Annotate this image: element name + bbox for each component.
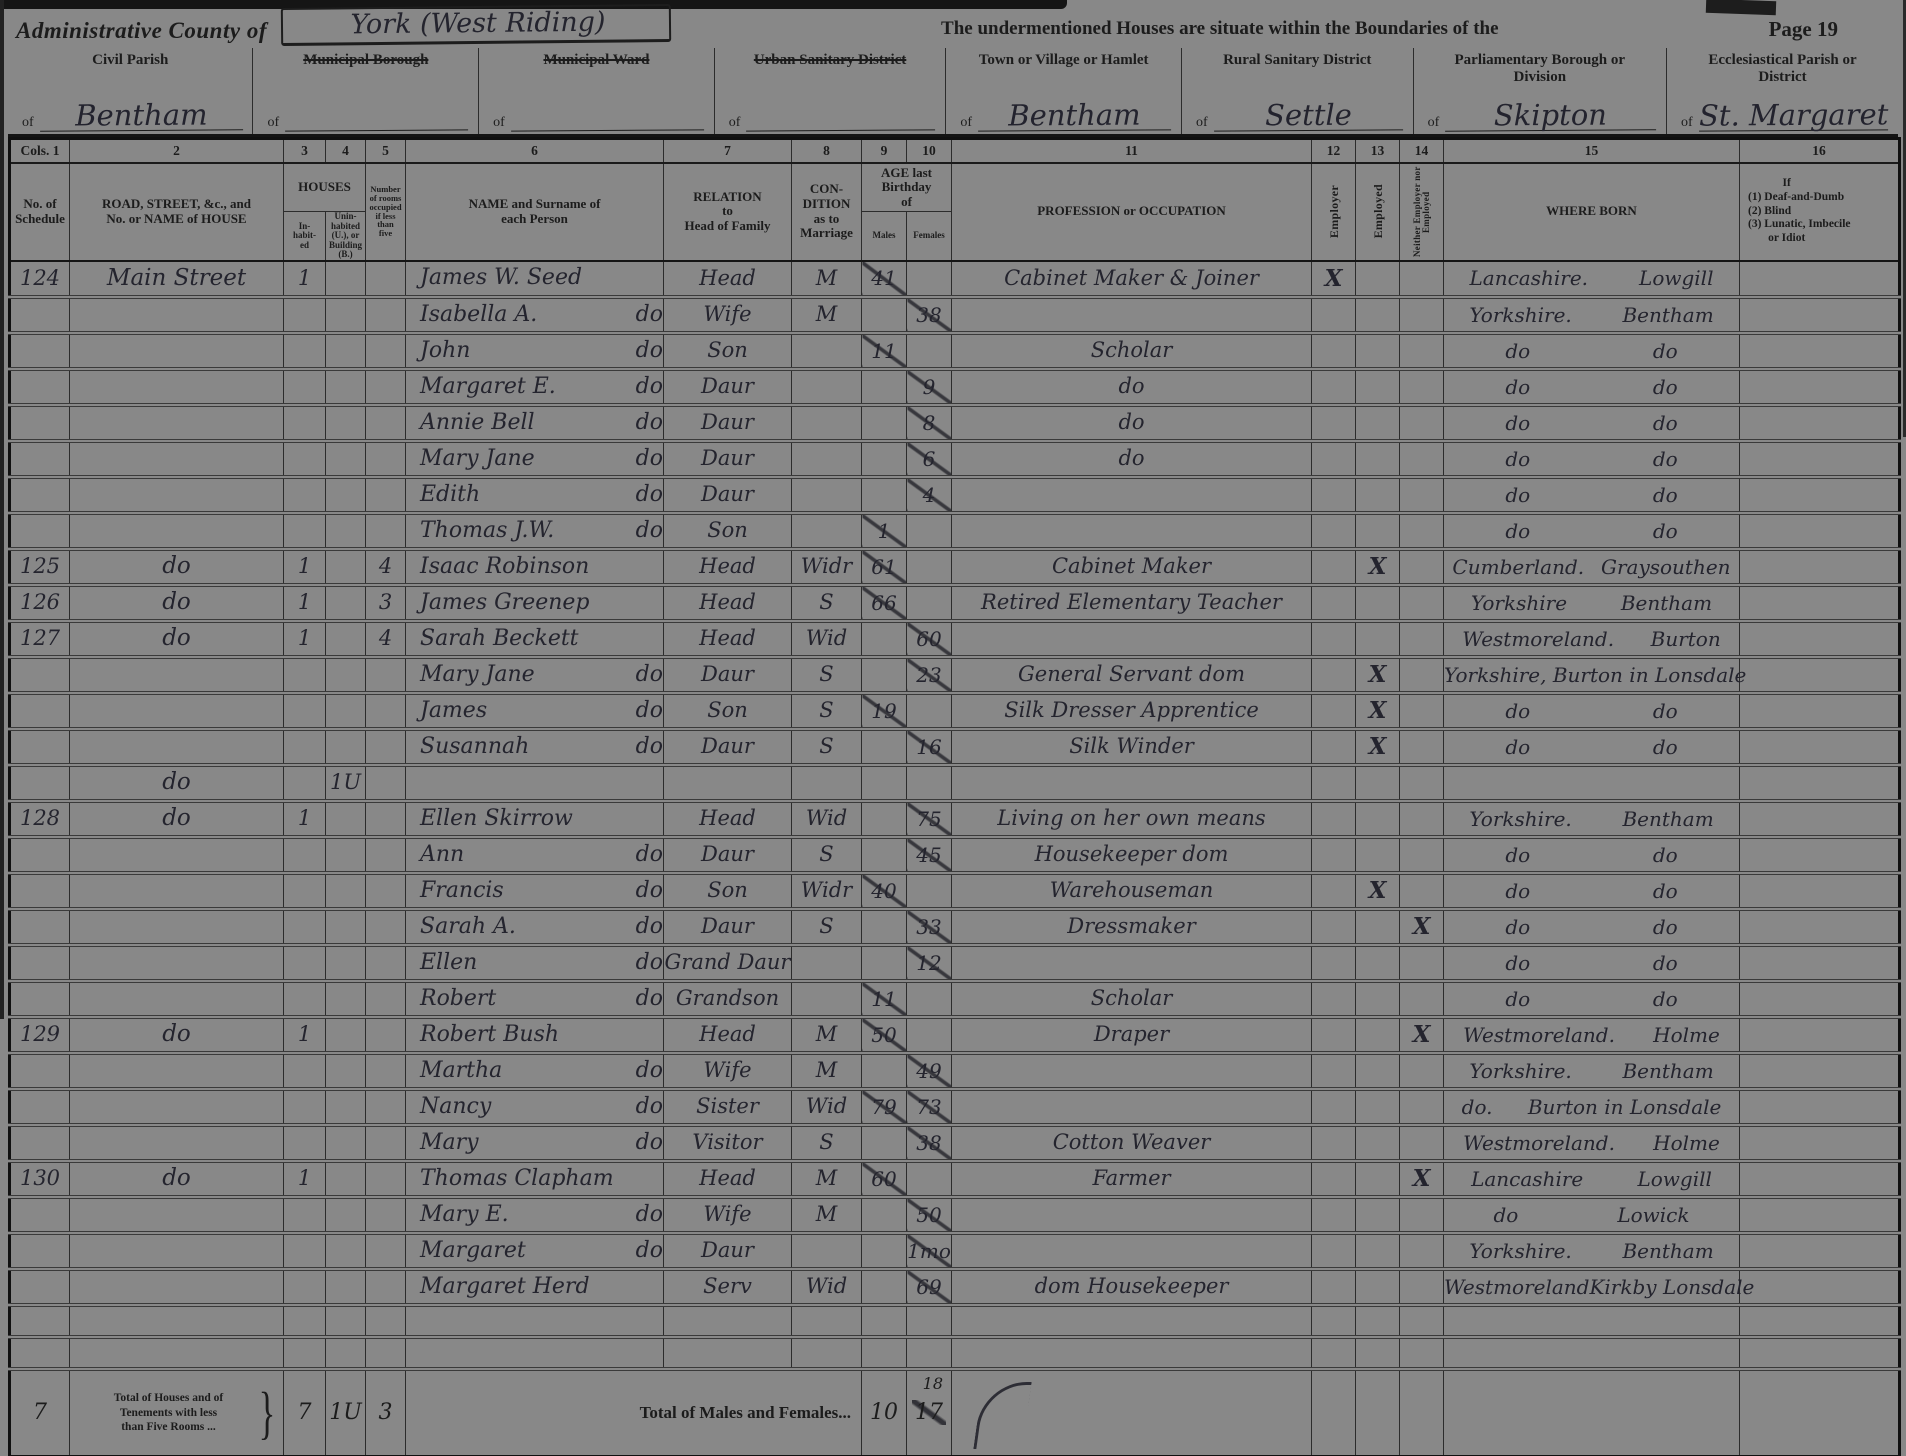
cell-inh: 1 [284, 549, 326, 585]
header-profession: PROFESSION or OCCUPATION [952, 163, 1312, 261]
cell-e1 [1312, 945, 1356, 981]
district-header-strip: Civil Parish ofBentham Municipal Borough… [8, 48, 1898, 137]
administrative-county-value: York (West Riding) [281, 4, 671, 46]
cell-born: Yorkshire.Bentham [1444, 1053, 1740, 1089]
cell-cond [792, 981, 862, 1017]
cell-road [70, 297, 284, 333]
cell-road [70, 909, 284, 945]
cell-uninh [326, 1305, 366, 1337]
totals-row: 7 Total of Houses and of Tenements with … [10, 1369, 1900, 1456]
cell-e3: X [1400, 1017, 1444, 1053]
cell-inh [284, 693, 326, 729]
cell-rooms [366, 1053, 406, 1089]
total-females: 1817 [907, 1369, 952, 1456]
cell-inf [1740, 1125, 1900, 1161]
header-where-born: WHERE BORN [1444, 163, 1740, 261]
cell-e1 [1312, 369, 1356, 405]
cell-born: dodo [1444, 873, 1740, 909]
cell-am: 11 [862, 981, 907, 1017]
table-row: 129do1Robert BushHeadM50DraperXWestmorel… [10, 1017, 1900, 1053]
cell-born: dodo [1444, 981, 1740, 1017]
cell-born: dodo [1444, 693, 1740, 729]
cell-born: dodo [1444, 945, 1740, 981]
cell-occ: Farmer [952, 1161, 1312, 1197]
cell-inh: 1 [284, 801, 326, 837]
cell-rooms [366, 873, 406, 909]
cell-e2 [1356, 261, 1400, 297]
cell-occ [952, 1305, 1312, 1337]
cell-uninh [326, 1197, 366, 1233]
cell-name [406, 1337, 664, 1369]
scan-edge-left [0, 0, 4, 1019]
cell-occ: General Servant dom [952, 657, 1312, 693]
cell-sch: 126 [10, 585, 70, 621]
cell-e1 [1312, 405, 1356, 441]
cell-e3 [1400, 657, 1444, 693]
cell-inh [284, 297, 326, 333]
cell-born: Westmoreland.Burton [1444, 621, 1740, 657]
table-row: 126do13James GreenepHeadS66Retired Eleme… [10, 585, 1900, 621]
cell-af [907, 1017, 952, 1053]
cell-road [70, 873, 284, 909]
cell-name: Robertdo [406, 981, 664, 1017]
col-number: 14 [1400, 139, 1444, 163]
district-value [746, 99, 935, 131]
cell-rel: Daur [664, 441, 792, 477]
cell-rooms [366, 765, 406, 801]
cell-occ: Retired Elementary Teacher [952, 585, 1312, 621]
cell-am: 19 [862, 693, 907, 729]
cell-uninh [326, 945, 366, 981]
cell-name: Edithdo [406, 477, 664, 513]
cell-road [70, 693, 284, 729]
district-municipal-ward: Municipal Ward of [479, 48, 715, 134]
table-row: NancydoSisterWid7973do.Burton in Lonsdal… [10, 1089, 1900, 1125]
cell-am [862, 657, 907, 693]
cell-name: Sarah Beckett [406, 621, 664, 657]
table-row: SusannahdoDaurS16Silk WinderXdodo [10, 729, 1900, 765]
cell-e3 [1400, 765, 1444, 801]
cell-inf [1740, 261, 1900, 297]
cell-road [70, 729, 284, 765]
cell-name: Ellen Skirrow [406, 801, 664, 837]
cell-uninh [326, 297, 366, 333]
cell-am [862, 621, 907, 657]
cell-am [862, 729, 907, 765]
cell-af: 4 [907, 477, 952, 513]
cell-occ: Cotton Weaver [952, 1125, 1312, 1161]
table-row: Mary JanedoDaurS23General Servant domXYo… [10, 657, 1900, 693]
cell-inf [1740, 1269, 1900, 1305]
cell-cond: Wid [792, 621, 862, 657]
cell-name: Sarah A.do [406, 909, 664, 945]
cell-inh [284, 1197, 326, 1233]
check-mark [973, 1382, 1031, 1449]
cell-name: James W. Seed [406, 261, 664, 297]
cell-e3 [1400, 549, 1444, 585]
cell-occ [952, 1053, 1312, 1089]
cell-road [70, 837, 284, 873]
cell-e3 [1400, 1053, 1444, 1089]
cell-road: do [70, 1017, 284, 1053]
cell-born: Westmoreland.Holme [1444, 1017, 1740, 1053]
cell-inh [284, 729, 326, 765]
cell-occ: Silk Winder [952, 729, 1312, 765]
cell-e1 [1312, 765, 1356, 801]
cell-am [862, 837, 907, 873]
cell-cond [792, 945, 862, 981]
of-prefix: of [493, 115, 505, 131]
cell-road [70, 333, 284, 369]
cell-rel: Daur [664, 657, 792, 693]
cell-uninh [326, 1089, 366, 1125]
cell-e1 [1312, 1233, 1356, 1269]
cell-occ [952, 1089, 1312, 1125]
cell-inf [1740, 657, 1900, 693]
cell-rel: Daur [664, 909, 792, 945]
column-number-row: Cols. 1 2 3 4 5 6 7 8 9 10 11 12 13 14 1… [10, 139, 1900, 163]
cell-road [70, 1089, 284, 1125]
total-schedules: 7 [10, 1369, 70, 1456]
district-label: Municipal Ward [479, 52, 714, 69]
district-label: Municipal Borough [253, 52, 478, 69]
cell-af: 12 [907, 945, 952, 981]
cell-e2 [1356, 441, 1400, 477]
cell-inf [1740, 1161, 1900, 1197]
cell-road: do [70, 621, 284, 657]
cell-af [907, 1161, 952, 1197]
cell-uninh [326, 261, 366, 297]
cell-inf [1740, 1017, 1900, 1053]
cell-inf [1740, 693, 1900, 729]
cell-name: Isaac Robinson [406, 549, 664, 585]
cell-af: 8 [907, 405, 952, 441]
cell-uninh [326, 1125, 366, 1161]
cell-e1 [1312, 297, 1356, 333]
cell-sch [10, 1305, 70, 1337]
cell-rel: Head [664, 801, 792, 837]
cell-rel: Head [664, 261, 792, 297]
empty-cell [1356, 1369, 1400, 1456]
cell-rooms [366, 1089, 406, 1125]
cell-e2 [1356, 981, 1400, 1017]
table-foot: 7 Total of Houses and of Tenements with … [10, 1369, 1900, 1456]
cell-occ: Warehouseman [952, 873, 1312, 909]
of-prefix: of [1681, 115, 1693, 131]
cell-road [70, 369, 284, 405]
cell-af: 49 [907, 1053, 952, 1089]
cell-inf [1740, 765, 1900, 801]
table-row: Mary JanedoDaur6dododo [10, 441, 1900, 477]
cell-cond: M [792, 1017, 862, 1053]
cell-born: Yorkshire.Bentham [1444, 801, 1740, 837]
cell-am [862, 297, 907, 333]
cell-road [70, 1197, 284, 1233]
col-number: 3 [284, 139, 326, 163]
empty-cell [1740, 1369, 1900, 1456]
cell-rel: Wife [664, 1053, 792, 1089]
cell-occ [952, 1233, 1312, 1269]
table-row: EllendoGrand Daur12dodo [10, 945, 1900, 981]
cell-e2 [1356, 297, 1400, 333]
cell-born: Yorkshire.Bentham [1444, 1233, 1740, 1269]
cell-born: dodo [1444, 513, 1740, 549]
cell-e3 [1400, 801, 1444, 837]
cell-rooms [366, 405, 406, 441]
cell-road [70, 1269, 284, 1305]
cell-born: dodo [1444, 405, 1740, 441]
cell-e1 [1312, 909, 1356, 945]
cell-e3 [1400, 873, 1444, 909]
cell-road [70, 981, 284, 1017]
cell-af [907, 981, 952, 1017]
total-uninhabited: 1U [326, 1369, 366, 1456]
cell-rooms [366, 477, 406, 513]
cell-e2 [1356, 1017, 1400, 1053]
cell-inh [284, 909, 326, 945]
cell-rel: Head [664, 549, 792, 585]
cell-e3 [1400, 945, 1444, 981]
cell-uninh [326, 333, 366, 369]
cell-occ [952, 477, 1312, 513]
district-parliamentary-borough: Parliamentary Borough or Division ofSkip… [1414, 48, 1667, 134]
cell-name: Mary E.do [406, 1197, 664, 1233]
cell-born: do.Burton in Lonsdale [1444, 1089, 1740, 1125]
cell-cond [792, 477, 862, 513]
cell-rooms [366, 1125, 406, 1161]
cell-cond: S [792, 837, 862, 873]
cell-e1 [1312, 1305, 1356, 1337]
empty-cell [1312, 1369, 1356, 1456]
cell-e1 [1312, 1269, 1356, 1305]
cell-occ: do [952, 369, 1312, 405]
cell-rooms [366, 729, 406, 765]
cell-uninh [326, 621, 366, 657]
cell-uninh [326, 513, 366, 549]
cell-am: 61 [862, 549, 907, 585]
cell-occ: Living on her own means [952, 801, 1312, 837]
cell-e1 [1312, 549, 1356, 585]
cell-e1 [1312, 333, 1356, 369]
cell-e3 [1400, 261, 1444, 297]
cell-born: dodo [1444, 441, 1740, 477]
cell-uninh [326, 1161, 366, 1197]
district-label: Ecclesiastical Parish or District [1667, 52, 1898, 85]
total-inhabited: 7 [284, 1369, 326, 1456]
cell-e2 [1356, 1089, 1400, 1125]
cell-e3 [1400, 621, 1444, 657]
cell-e2 [1356, 909, 1400, 945]
cell-af: 50 [907, 1197, 952, 1233]
table-row: FrancisdoSonWidr40WarehousemanXdodo [10, 873, 1900, 909]
cell-sch [10, 333, 70, 369]
cell-am [862, 1125, 907, 1161]
cell-rel: Wife [664, 1197, 792, 1233]
cell-inf [1740, 1089, 1900, 1125]
table-row: 130do1Thomas ClaphamHeadM60FarmerXLancas… [10, 1161, 1900, 1197]
cell-rel: Grand Daur [664, 945, 792, 981]
cell-am [862, 801, 907, 837]
cell-occ: Housekeeper dom [952, 837, 1312, 873]
cell-name: Susannahdo [406, 729, 664, 765]
blank-row [10, 1337, 1900, 1369]
census-table: Cols. 1 2 3 4 5 6 7 8 9 10 11 12 13 14 1… [8, 137, 1901, 1456]
col-number: 2 [70, 139, 284, 163]
table-row: MarthadoWifeM49Yorkshire.Bentham [10, 1053, 1900, 1089]
cell-sch [10, 693, 70, 729]
cell-af: 33 [907, 909, 952, 945]
cell-born: LancashireLowgill [1444, 1161, 1740, 1197]
cell-road [70, 1337, 284, 1369]
cell-af: 23 [907, 657, 952, 693]
of-prefix: of [267, 115, 279, 131]
cell-e1 [1312, 1197, 1356, 1233]
cell-inh [284, 981, 326, 1017]
cell-rooms [366, 1269, 406, 1305]
cell-cond: S [792, 585, 862, 621]
cell-sch [10, 369, 70, 405]
cell-rooms [366, 1305, 406, 1337]
district-rural-sanitary: Rural Sanitary District ofSettle [1182, 48, 1414, 134]
cell-sch [10, 1197, 70, 1233]
cell-e2 [1356, 1305, 1400, 1337]
cell-uninh [326, 477, 366, 513]
total-males: 10 [862, 1369, 907, 1456]
cell-rooms [366, 801, 406, 837]
cell-am [862, 909, 907, 945]
cell-rel [664, 1305, 792, 1337]
cell-inh [284, 1233, 326, 1269]
cell-rooms: 3 [366, 585, 406, 621]
cell-e3 [1400, 1233, 1444, 1269]
cell-e2 [1356, 801, 1400, 837]
cell-uninh [326, 873, 366, 909]
cell-born: Yorkshire.Bentham [1444, 297, 1740, 333]
cell-rooms [366, 657, 406, 693]
district-value: St. Margaret [1699, 99, 1889, 131]
col-number: Cols. 1 [10, 139, 70, 163]
cell-sch [10, 729, 70, 765]
table-row: Margaret HerdServWid69dom HousekeeperWes… [10, 1269, 1900, 1305]
district-label: Civil Parish [8, 52, 252, 69]
cell-cond [792, 1337, 862, 1369]
cell-inf [1740, 297, 1900, 333]
cell-name: Isabella A.do [406, 297, 664, 333]
cell-name: Margaretdo [406, 1233, 664, 1269]
cell-inh [284, 1053, 326, 1089]
cell-cond: Wid [792, 1269, 862, 1305]
cell-inh [284, 333, 326, 369]
table-row: AnndoDaurS45Housekeeper domdodo [10, 837, 1900, 873]
cell-rel: Daur [664, 837, 792, 873]
table-row: JamesdoSonS19Silk Dresser ApprenticeXdod… [10, 693, 1900, 729]
cell-occ: Cabinet Maker & Joiner [952, 261, 1312, 297]
cell-cond [792, 333, 862, 369]
cell-e2 [1356, 1125, 1400, 1161]
cell-inh [284, 765, 326, 801]
cell-cond [792, 1305, 862, 1337]
cell-e2 [1356, 333, 1400, 369]
cell-uninh [326, 441, 366, 477]
cell-af [907, 873, 952, 909]
cell-am [862, 765, 907, 801]
cell-am: 41 [862, 261, 907, 297]
cell-e1 [1312, 441, 1356, 477]
cell-e2 [1356, 837, 1400, 873]
cell-sch [10, 513, 70, 549]
cell-e3 [1400, 441, 1444, 477]
administrative-county: Administrative County of York (West Ridi… [16, 6, 671, 44]
cell-inh [284, 945, 326, 981]
cell-rel: Sister [664, 1089, 792, 1125]
cell-occ [952, 297, 1312, 333]
cell-e2 [1356, 1337, 1400, 1369]
cell-af [907, 549, 952, 585]
cell-rooms: 4 [366, 549, 406, 585]
cell-rooms [366, 297, 406, 333]
cell-inf [1740, 1197, 1900, 1233]
cell-e1 [1312, 1053, 1356, 1089]
cell-uninh [326, 549, 366, 585]
cell-occ [952, 513, 1312, 549]
cell-e1 [1312, 657, 1356, 693]
cell-rooms [366, 981, 406, 1017]
header-employer: Employer [1312, 163, 1356, 261]
header-neither: Neither Employer nor Employed [1400, 163, 1444, 261]
col-number: 13 [1356, 139, 1400, 163]
cell-uninh [326, 1269, 366, 1305]
cell-e1 [1312, 1125, 1356, 1161]
cell-inf [1740, 837, 1900, 873]
cell-rel: Daur [664, 405, 792, 441]
cell-uninh [326, 369, 366, 405]
cell-uninh [326, 1337, 366, 1369]
cell-e3 [1400, 693, 1444, 729]
header-inhabited: In- habit- ed [284, 212, 326, 261]
cell-cond: M [792, 1197, 862, 1233]
total-females-struck: 17 [912, 1400, 946, 1425]
cell-e3 [1400, 405, 1444, 441]
cell-name: Marydo [406, 1125, 664, 1161]
cell-cond [792, 441, 862, 477]
cell-e1 [1312, 477, 1356, 513]
cell-sch [10, 1089, 70, 1125]
cell-rel: Head [664, 621, 792, 657]
cell-name: Thomas J.W.do [406, 513, 664, 549]
cell-uninh [326, 801, 366, 837]
census-page: Administrative County of York (West Ridi… [0, 0, 1906, 1456]
district-label: Urban Sanitary District [715, 52, 946, 69]
cell-inh: 1 [284, 1017, 326, 1053]
cell-am [862, 1233, 907, 1269]
cell-rel: Son [664, 513, 792, 549]
cell-sch [10, 945, 70, 981]
cell-e3 [1400, 585, 1444, 621]
cell-e1 [1312, 1161, 1356, 1197]
table-row: Thomas J.W.doSon1dodo [10, 513, 1900, 549]
cell-occ: Silk Dresser Apprentice [952, 693, 1312, 729]
total-females-corrected: 18 [923, 1374, 943, 1393]
cell-am: 11 [862, 333, 907, 369]
cell-born: WestmorelandKirkby Lonsdale [1444, 1269, 1740, 1305]
cell-cond: M [792, 297, 862, 333]
cell-road [70, 657, 284, 693]
cell-born: dodo [1444, 369, 1740, 405]
cell-e1 [1312, 513, 1356, 549]
cell-uninh [326, 729, 366, 765]
cell-occ: Scholar [952, 333, 1312, 369]
cell-inf [1740, 585, 1900, 621]
